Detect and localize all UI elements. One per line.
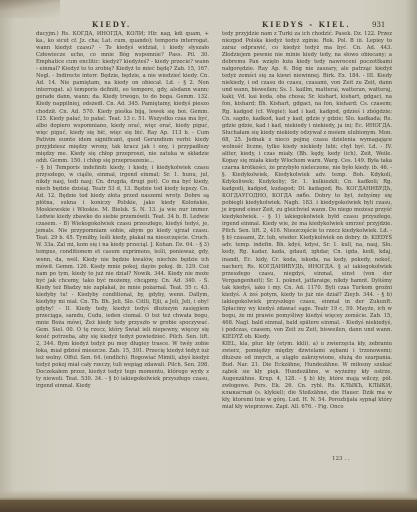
- entry-kiedys: tedy przyjdzie nam z Turki za ich chodzi…: [222, 31, 392, 341]
- right-column: tedy przyjdzie nam z Turki za ich chodzi…: [222, 31, 392, 412]
- entry-kiel: KIEL, kla, plur. kły (etym. kkli). a) u …: [222, 341, 392, 411]
- running-head-right: KIEDYS - KIEL.: [262, 20, 351, 29]
- signature-mark: 123 . .: [332, 456, 350, 462]
- page-number: 931: [372, 21, 385, 29]
- running-head-left: KIEDY.: [92, 20, 131, 29]
- dictionary-page: KIEDY. KIEDYS - KIEL. 931 ducyjm.) Rs. К…: [0, 0, 417, 500]
- book-edge: [0, 500, 417, 512]
- entry-kiedy-part1: ducyjm.) Rs. КОГДА, ИНОГДА, КОЛИ; Hlr. к…: [36, 31, 209, 165]
- entry-kiedy-part2: - § b) Temporis indefiniti kiedy, i kied…: [36, 165, 209, 391]
- left-column: ducyjm.) Rs. КОГДА, ИНОГДА, КОЛИ; Hlr. к…: [36, 31, 209, 390]
